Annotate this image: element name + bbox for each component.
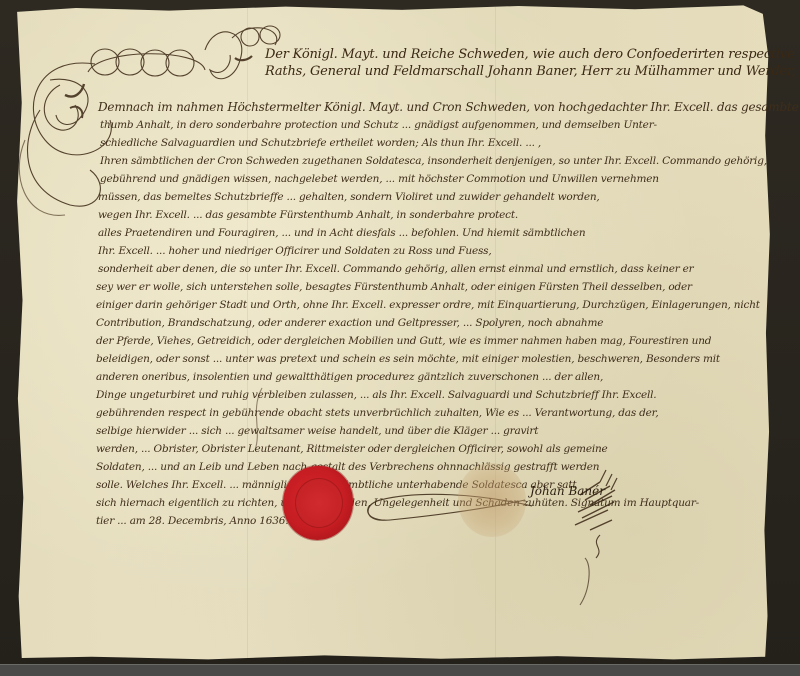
body-line: selbige hierwider ... sich ... gewaltsam… [96, 426, 538, 437]
body-line: Dinge ungeturbiret und ruhig verbleiben … [96, 390, 656, 401]
body-line: tier ... am 28. Decembris, Anno 1636. [96, 516, 288, 527]
body-line: Soldaten, ... und an Leib und Leben nach… [96, 462, 599, 473]
manuscript-text: Der Königl. Mayt. und Reiche Schweden, w… [0, 0, 800, 676]
body-line: werden, ... Obrister, Obrister Leutenant… [96, 444, 608, 455]
body-line: Demnach im nahmen Höchstermelter Königl.… [98, 101, 800, 113]
heading-line-1: Der Königl. Mayt. und Reiche Schweden, w… [265, 48, 795, 61]
body-line: schiedliche Salvaguardien und Schutzbrie… [100, 138, 541, 149]
body-line: Contribution, Brandschatzung, oder ander… [96, 318, 603, 329]
seal-impression-icon [295, 478, 343, 528]
body-line: sich hiernach eigentlich zu richten, und… [96, 498, 699, 509]
wax-seal [283, 466, 353, 540]
body-line: thumb Anhalt, in dero sonderbahre protec… [100, 120, 657, 131]
body-line: einiger darin gehöriger Stadt und Orth, … [96, 300, 760, 311]
paper-stain [458, 463, 526, 537]
body-line: gebührend und gnädigen wissen, nachgeleb… [100, 174, 659, 185]
body-line: sey wer er wolle, sich unterstehen solle… [96, 282, 692, 293]
body-line: sonderheit aber denen, die so unter Ihr.… [98, 264, 694, 275]
signature-johan-baner: Johan Banér [530, 484, 605, 498]
heading-line-2: Raths, General und Feldmarschall Johann … [265, 65, 800, 78]
body-line: wegen Ihr. Excell. ... das gesambte Fürs… [98, 210, 518, 221]
body-line: alles Praetendiren und Fouragiren, ... u… [98, 228, 585, 239]
body-line: Ihr. Excell. ... hoher und niedriger Off… [98, 246, 491, 257]
body-line: gebührenden respect in gebührende obacht… [96, 408, 658, 419]
body-line: der Pferde, Viehes, Getreidich, oder der… [96, 336, 711, 347]
body-line: beleidigen, oder sonst ... unter was pre… [96, 354, 720, 365]
body-line: anderen oneribus, insolentien und gewalt… [96, 372, 603, 383]
body-line: müssen, das bemeltes Schutzbrieffe ... g… [98, 192, 600, 203]
body-line: Ihren sämbtlichen der Cron Schweden zuge… [100, 156, 767, 167]
